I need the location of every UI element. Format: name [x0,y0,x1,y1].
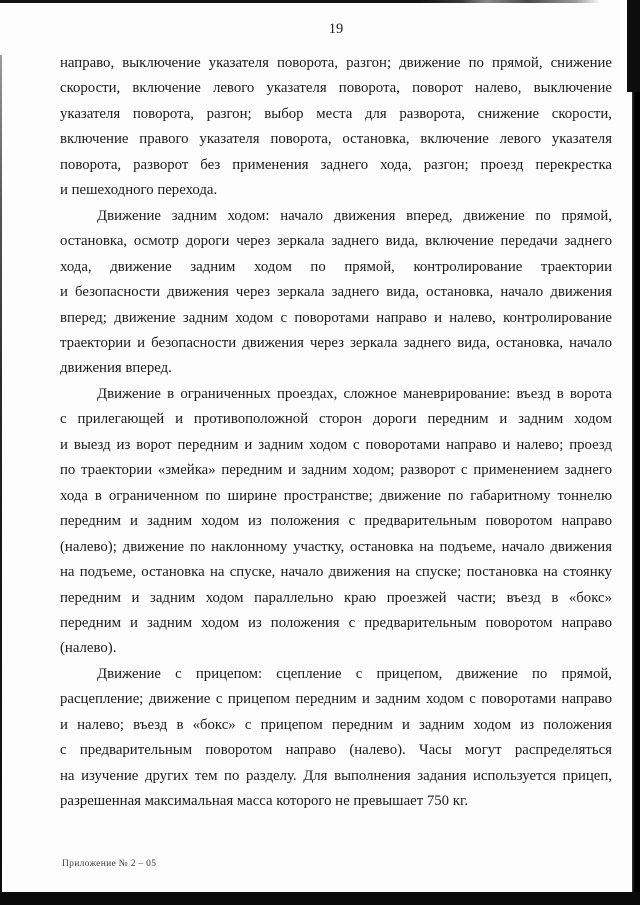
scan-edge-right-top [627,0,640,92]
footer-note: Приложение № 2 – 05 [62,859,156,869]
text-line: с предварительным поворотом направо (нал… [60,738,612,763]
page-number: 19 [60,21,612,38]
text-line: траектории и безопасности движения через… [60,331,612,356]
text-line: по траектории «змейка» передним и задним… [60,458,612,483]
paragraph: Движение задним ходом: начало движения в… [60,204,612,382]
text-line: (налево). [60,636,612,661]
document-page: 19 направо, выключение указателя поворот… [0,0,640,905]
scan-edge-top [0,0,600,3]
scan-edge-bottom [0,892,640,905]
text-line: включение правого указателя поворота, ос… [60,127,612,152]
paragraph: Движение в ограниченных проездах, сложно… [60,382,612,662]
text-line: разрешенная максимальная масса которого … [60,789,612,814]
text-line: Движение с прицепом: сцепление с прицепо… [60,662,612,687]
paragraph: направо, выключение указателя поворота, … [60,51,612,204]
text-line: с прилегающей и противоположной сторон д… [60,407,612,432]
text-line: и налево; въезд в «бокс» с прицепом пере… [60,713,612,738]
scan-edge-left [0,55,2,892]
text-line: на изучение других тем по разделу. Для в… [60,764,612,789]
text-line: поворота, разворот без применения заднег… [60,153,612,178]
text-line: вперед; движение задним ходом с поворота… [60,306,612,331]
text-line: и пешеходного перехода. [60,178,612,203]
text-line: Движение в ограниченных проездах, сложно… [60,382,612,407]
paragraph: Движение с прицепом: сцепление с прицепо… [60,662,612,815]
scan-edge-right [632,0,640,905]
text-line: движения вперед. [60,356,612,381]
text-line: (налево); движение по наклонному участку… [60,535,612,560]
text-line: направо, выключение указателя поворота, … [60,51,612,76]
text-line: хода, движение задним ходом по прямой, к… [60,255,612,280]
document-body: направо, выключение указателя поворота, … [60,51,612,815]
text-line: и выезд из ворот передним и задним ходом… [60,433,612,458]
text-line: расцепление; движение с прицепом передни… [60,687,612,712]
text-line: передним и задним ходом параллельно краю… [60,586,612,611]
text-line: указателя поворота, разгон; выбор места … [60,102,612,127]
text-line: остановка, осмотр дороги через зеркала з… [60,229,612,254]
text-line: передним и задним ходом из положения с п… [60,611,612,636]
text-line: на подъеме, остановка на спуске, начало … [60,560,612,585]
text-line: хода в ограниченном по ширине пространст… [60,484,612,509]
text-line: и безопасности движения через зеркала за… [60,280,612,305]
text-line: передним и задним ходом из положения с п… [60,509,612,534]
text-line: Движение задним ходом: начало движения в… [60,204,612,229]
text-line: скорости, включение левого указателя пов… [60,76,612,101]
